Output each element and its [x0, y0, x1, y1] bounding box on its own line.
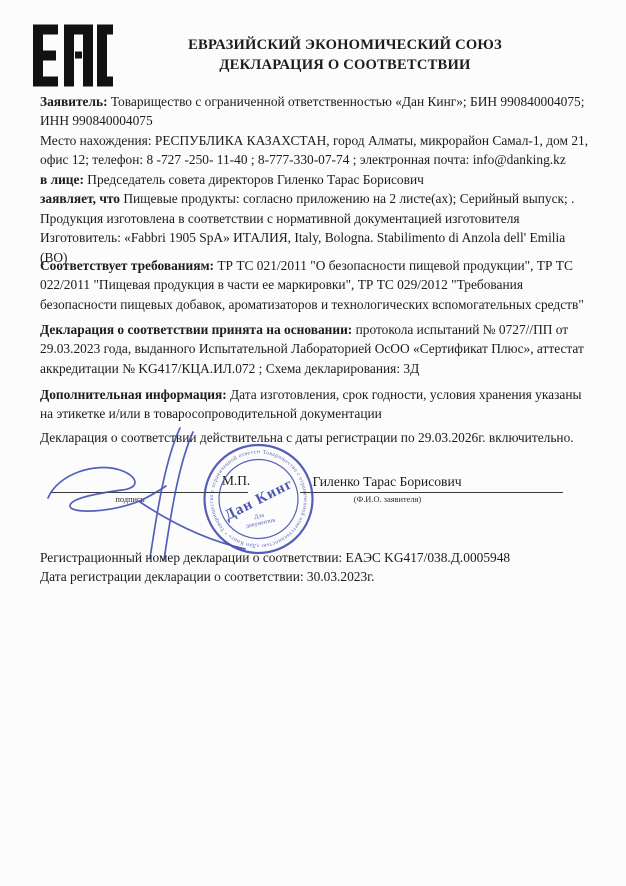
applicant-section: Заявитель: Товарищество с ограниченной о…	[40, 92, 596, 267]
declares-text: Пищевые продукты: согласно приложению на…	[120, 191, 574, 206]
compliance-section: Соответствует требованиям: ТР ТС 021/201…	[40, 256, 596, 314]
signature-caption: подпись	[85, 495, 175, 504]
fio-name: Гиленко Тарас Борисович	[297, 474, 477, 490]
compliance-label: Соответствует требованиям:	[40, 258, 214, 273]
applicant-text: Товарищество с ограниченной ответственно…	[40, 94, 584, 128]
additional-label: Дополнительная информация:	[40, 387, 227, 402]
additional-info-section: Дополнительная информация: Дата изготовл…	[40, 385, 596, 424]
basis-section: Декларация о соответствии принята на осн…	[40, 320, 596, 378]
production-paragraph: Продукция изготовлена в соответствии с н…	[40, 209, 596, 228]
title-union: ЕВРАЗИЙСКИЙ ЭКОНОМИЧЕСКИЙ СОЮЗ	[100, 36, 590, 56]
basis-label: Декларация о соответствии принята на осн…	[40, 322, 352, 337]
declares-label: заявляет, что	[40, 191, 120, 206]
declaration-document: ЕВРАЗИЙСКИЙ ЭКОНОМИЧЕСКИЙ СОЮЗ ДЕКЛАРАЦИ…	[0, 0, 626, 886]
compliance-paragraph: Соответствует требованиям: ТР ТС 021/201…	[40, 256, 596, 314]
validity-paragraph: Декларация о соответствии действительна …	[40, 428, 596, 447]
applicant-label: Заявитель:	[40, 94, 108, 109]
registration-date: Дата регистрации декларации о соответств…	[40, 569, 596, 585]
fio-caption: (Ф.И.О. заявителя)	[300, 495, 475, 504]
registration-number: Регистрационный номер декларации о соотв…	[40, 550, 596, 566]
validity-section: Декларация о соответствии действительна …	[40, 428, 596, 447]
title-declaration: ДЕКЛАРАЦИЯ О СООТВЕТСТВИИ	[100, 56, 590, 76]
additional-paragraph: Дополнительная информация: Дата изготовл…	[40, 385, 596, 424]
applicant-paragraph: Заявитель: Товарищество с ограниченной о…	[40, 92, 596, 131]
company-stamp: • Товарищество с ограниченной ответствен…	[200, 441, 317, 558]
represented-text: Председатель совета директоров Гиленко Т…	[84, 172, 424, 187]
document-title: ЕВРАЗИЙСКИЙ ЭКОНОМИЧЕСКИЙ СОЮЗ ДЕКЛАРАЦИ…	[100, 36, 590, 75]
fio-line	[300, 492, 563, 493]
represented-paragraph: в лице: Председатель совета директоров Г…	[40, 170, 596, 189]
location-paragraph: Место нахождения: РЕСПУБЛИКА КАЗАХСТАН, …	[40, 131, 596, 170]
represented-label: в лице:	[40, 172, 84, 187]
declares-paragraph: заявляет, что Пищевые продукты: согласно…	[40, 189, 596, 208]
basis-paragraph: Декларация о соответствии принята на осн…	[40, 320, 596, 378]
